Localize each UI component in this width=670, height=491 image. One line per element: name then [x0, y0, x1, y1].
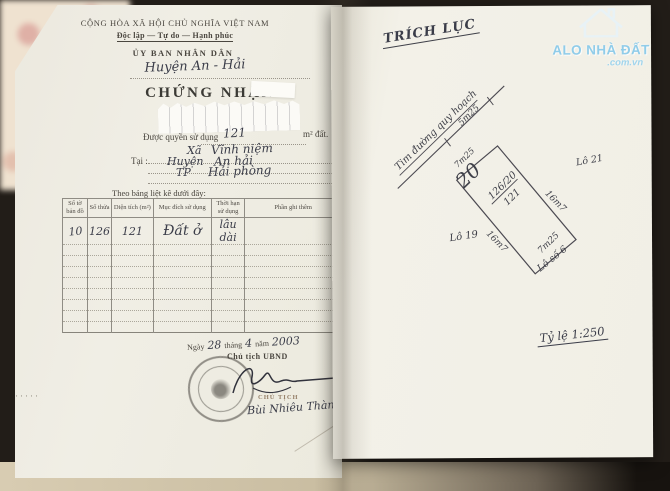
photographed-land-certificate: CỘNG HÒA XÃ HỘI CHỦ NGHĨA VIỆT NAM Độc l… [0, 0, 670, 491]
date-word-month: tháng [224, 340, 242, 350]
cell-map-sheet: 10 [61, 217, 88, 246]
date-year: 2003 [269, 334, 304, 349]
table-row [63, 278, 342, 289]
left-edge-label: 16m7 [484, 229, 509, 255]
brand-domain: .com.vn [549, 57, 653, 69]
stamp-role-text: CHỦ TỊCH [258, 394, 299, 401]
dotted-line [130, 77, 310, 79]
cell-area: 121 [112, 218, 154, 245]
cell-purpose: Đất ở [153, 218, 211, 245]
left-edge-group: 16m7 [484, 229, 509, 255]
land-area-unit: m² đất. [303, 129, 328, 139]
land-parcel-table: Số tờ bản đồ Số thửa Diện tích (m²) Mục … [62, 198, 342, 333]
right-edge-label: 16m7 [543, 189, 568, 215]
signature-stroke [233, 369, 335, 393]
neighbor-left-label: Lô 19 [448, 229, 479, 244]
brand-name: ALO NHÀ ĐẤT [549, 42, 653, 58]
table-row [63, 245, 342, 256]
cell-notes [245, 218, 342, 245]
scale-note-wrap: Tỷ lệ 1:250 [536, 324, 608, 346]
date-word-year: năm [255, 339, 269, 349]
signature-flourish [253, 387, 291, 393]
col-purpose: Mục đích sử dụng [153, 199, 211, 218]
location-value-city: Hải phòng [208, 163, 272, 179]
brand-watermark: ALO NHÀ ĐẤT .com.vn [549, 7, 653, 69]
table-row [63, 311, 342, 322]
national-motto-wrap: Độc lập — Tự do — Hạnh phúc [35, 31, 315, 40]
table-row: 10 126 121 Đất ở lâu dài [63, 218, 342, 245]
table-intro: Theo bảng liệt kê dưới đây: [112, 188, 206, 198]
table-row [63, 322, 342, 333]
col-map-sheet: Số tờ bản đồ [63, 199, 88, 218]
col-parcel-no: Số thửa [88, 199, 112, 218]
dotted-line [148, 182, 334, 184]
location-label: Tại : [131, 156, 148, 166]
table-row [63, 300, 342, 311]
col-term: Thời hạn sử dụng [211, 199, 244, 218]
date-day: 28 [204, 338, 225, 352]
date-word-day: Ngày [187, 342, 205, 352]
table-row [63, 256, 342, 267]
national-motto: Độc lập — Tự do — Hạnh phúc [117, 31, 234, 42]
table-row [63, 289, 342, 300]
document-left-page: CỘNG HÒA XÃ HỘI CHỦ NGHĨA VIỆT NAM Độc l… [15, 5, 342, 478]
scale-note: Tỷ lệ 1:250 [536, 324, 608, 348]
neighbor-right-label: Lô 21 [574, 153, 604, 169]
col-notes: Phần ghi thêm [245, 199, 342, 218]
table-header-row: Số tờ bản đồ Số thửa Diện tích (m²) Mục … [63, 199, 342, 218]
cell-term: lâu dài [211, 218, 244, 245]
national-title: CỘNG HÒA XÃ HỘI CHỦ NGHĨA VIỆT NAM [35, 18, 315, 28]
grant-label: Được quyền sử dụng [143, 132, 218, 142]
document-right-page: TRÍCH LỤC ALO NHÀ ĐẤT .com.vn 5m25 Tim đ… [331, 5, 653, 459]
edge-dots: ····· [15, 391, 40, 401]
cell-parcel-no: 126 [88, 218, 112, 245]
house-icon [578, 7, 624, 37]
land-area-value: 121 [223, 125, 247, 140]
issue-date: Ngày28tháng4năm2003 [187, 334, 303, 353]
issuing-authority-handwritten: Huyện An - Hải [95, 56, 295, 78]
correction-tape-small [251, 81, 296, 98]
extract-title: TRÍCH LỤC [380, 17, 479, 50]
extract-title-wrap: TRÍCH LỤC [380, 17, 479, 48]
road-centerline [397, 86, 505, 189]
table-row [63, 267, 342, 278]
certificate-title: CHỨNG NHẬN [75, 85, 345, 102]
date-month: 4 [242, 336, 256, 350]
right-edge-group: 16m7 [543, 189, 568, 215]
cadastral-sketch: 5m25 Tim đường quy hoạch 7m25 20 126/20 … [377, 73, 640, 306]
location-level-city: TP [176, 166, 191, 179]
col-area: Diện tích (m²) [112, 199, 154, 218]
